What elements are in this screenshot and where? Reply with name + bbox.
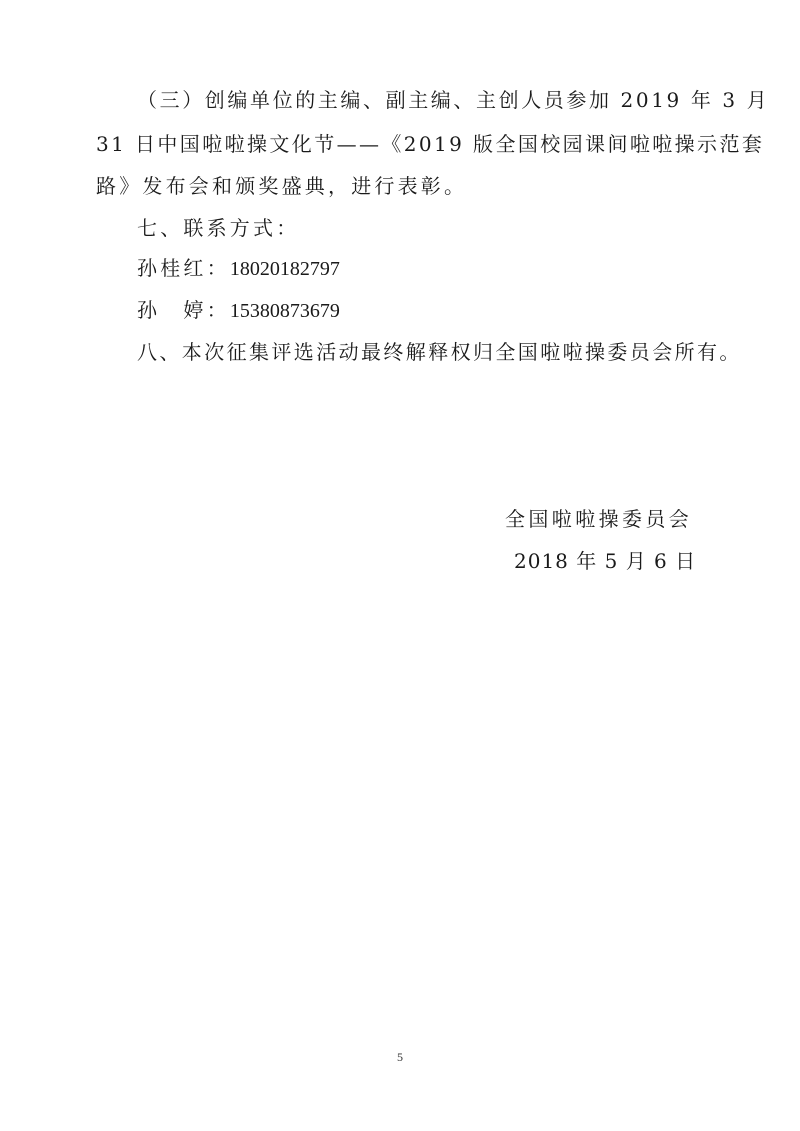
contact-separator-2: ： bbox=[207, 298, 230, 322]
contact-row-2: 孙 婷：15380873679 bbox=[137, 296, 747, 325]
contact-row-1: 孙桂红：18020182797 bbox=[137, 254, 747, 283]
contact-phone-2: 15380873679 bbox=[230, 300, 340, 322]
paragraph-3-line-1: （三）创编单位的主编、副主编、主创人员参加 2019 年 3 月 bbox=[137, 86, 705, 114]
contact-phone-1: 18020182797 bbox=[230, 258, 340, 280]
paragraph-3-line-2: 31 日中国啦啦操文化节——《2019 版全国校园课间啦啦操示范套 bbox=[96, 130, 706, 158]
document-page: （三）创编单位的主编、副主编、主创人员参加 2019 年 3 月 31 日中国啦… bbox=[0, 0, 800, 1131]
contact-name-2: 孙 婷 bbox=[137, 298, 207, 322]
page-number: 5 bbox=[0, 1050, 800, 1065]
signature-organization: 全国啦啦操委员会 bbox=[505, 505, 692, 533]
contact-separator-1: ： bbox=[207, 256, 230, 280]
section-7-heading: 七、联系方式： bbox=[137, 214, 747, 242]
paragraph-3-line-3: 路》发布会和颁奖盛典，进行表彰。 bbox=[96, 172, 706, 200]
signature-date: 2018 年 5 月 6 日 bbox=[514, 547, 696, 575]
contact-name-1: 孙桂红 bbox=[137, 256, 207, 280]
section-8-text: 八、本次征集评选活动最终解释权归全国啦啦操委员会所有。 bbox=[137, 338, 747, 366]
